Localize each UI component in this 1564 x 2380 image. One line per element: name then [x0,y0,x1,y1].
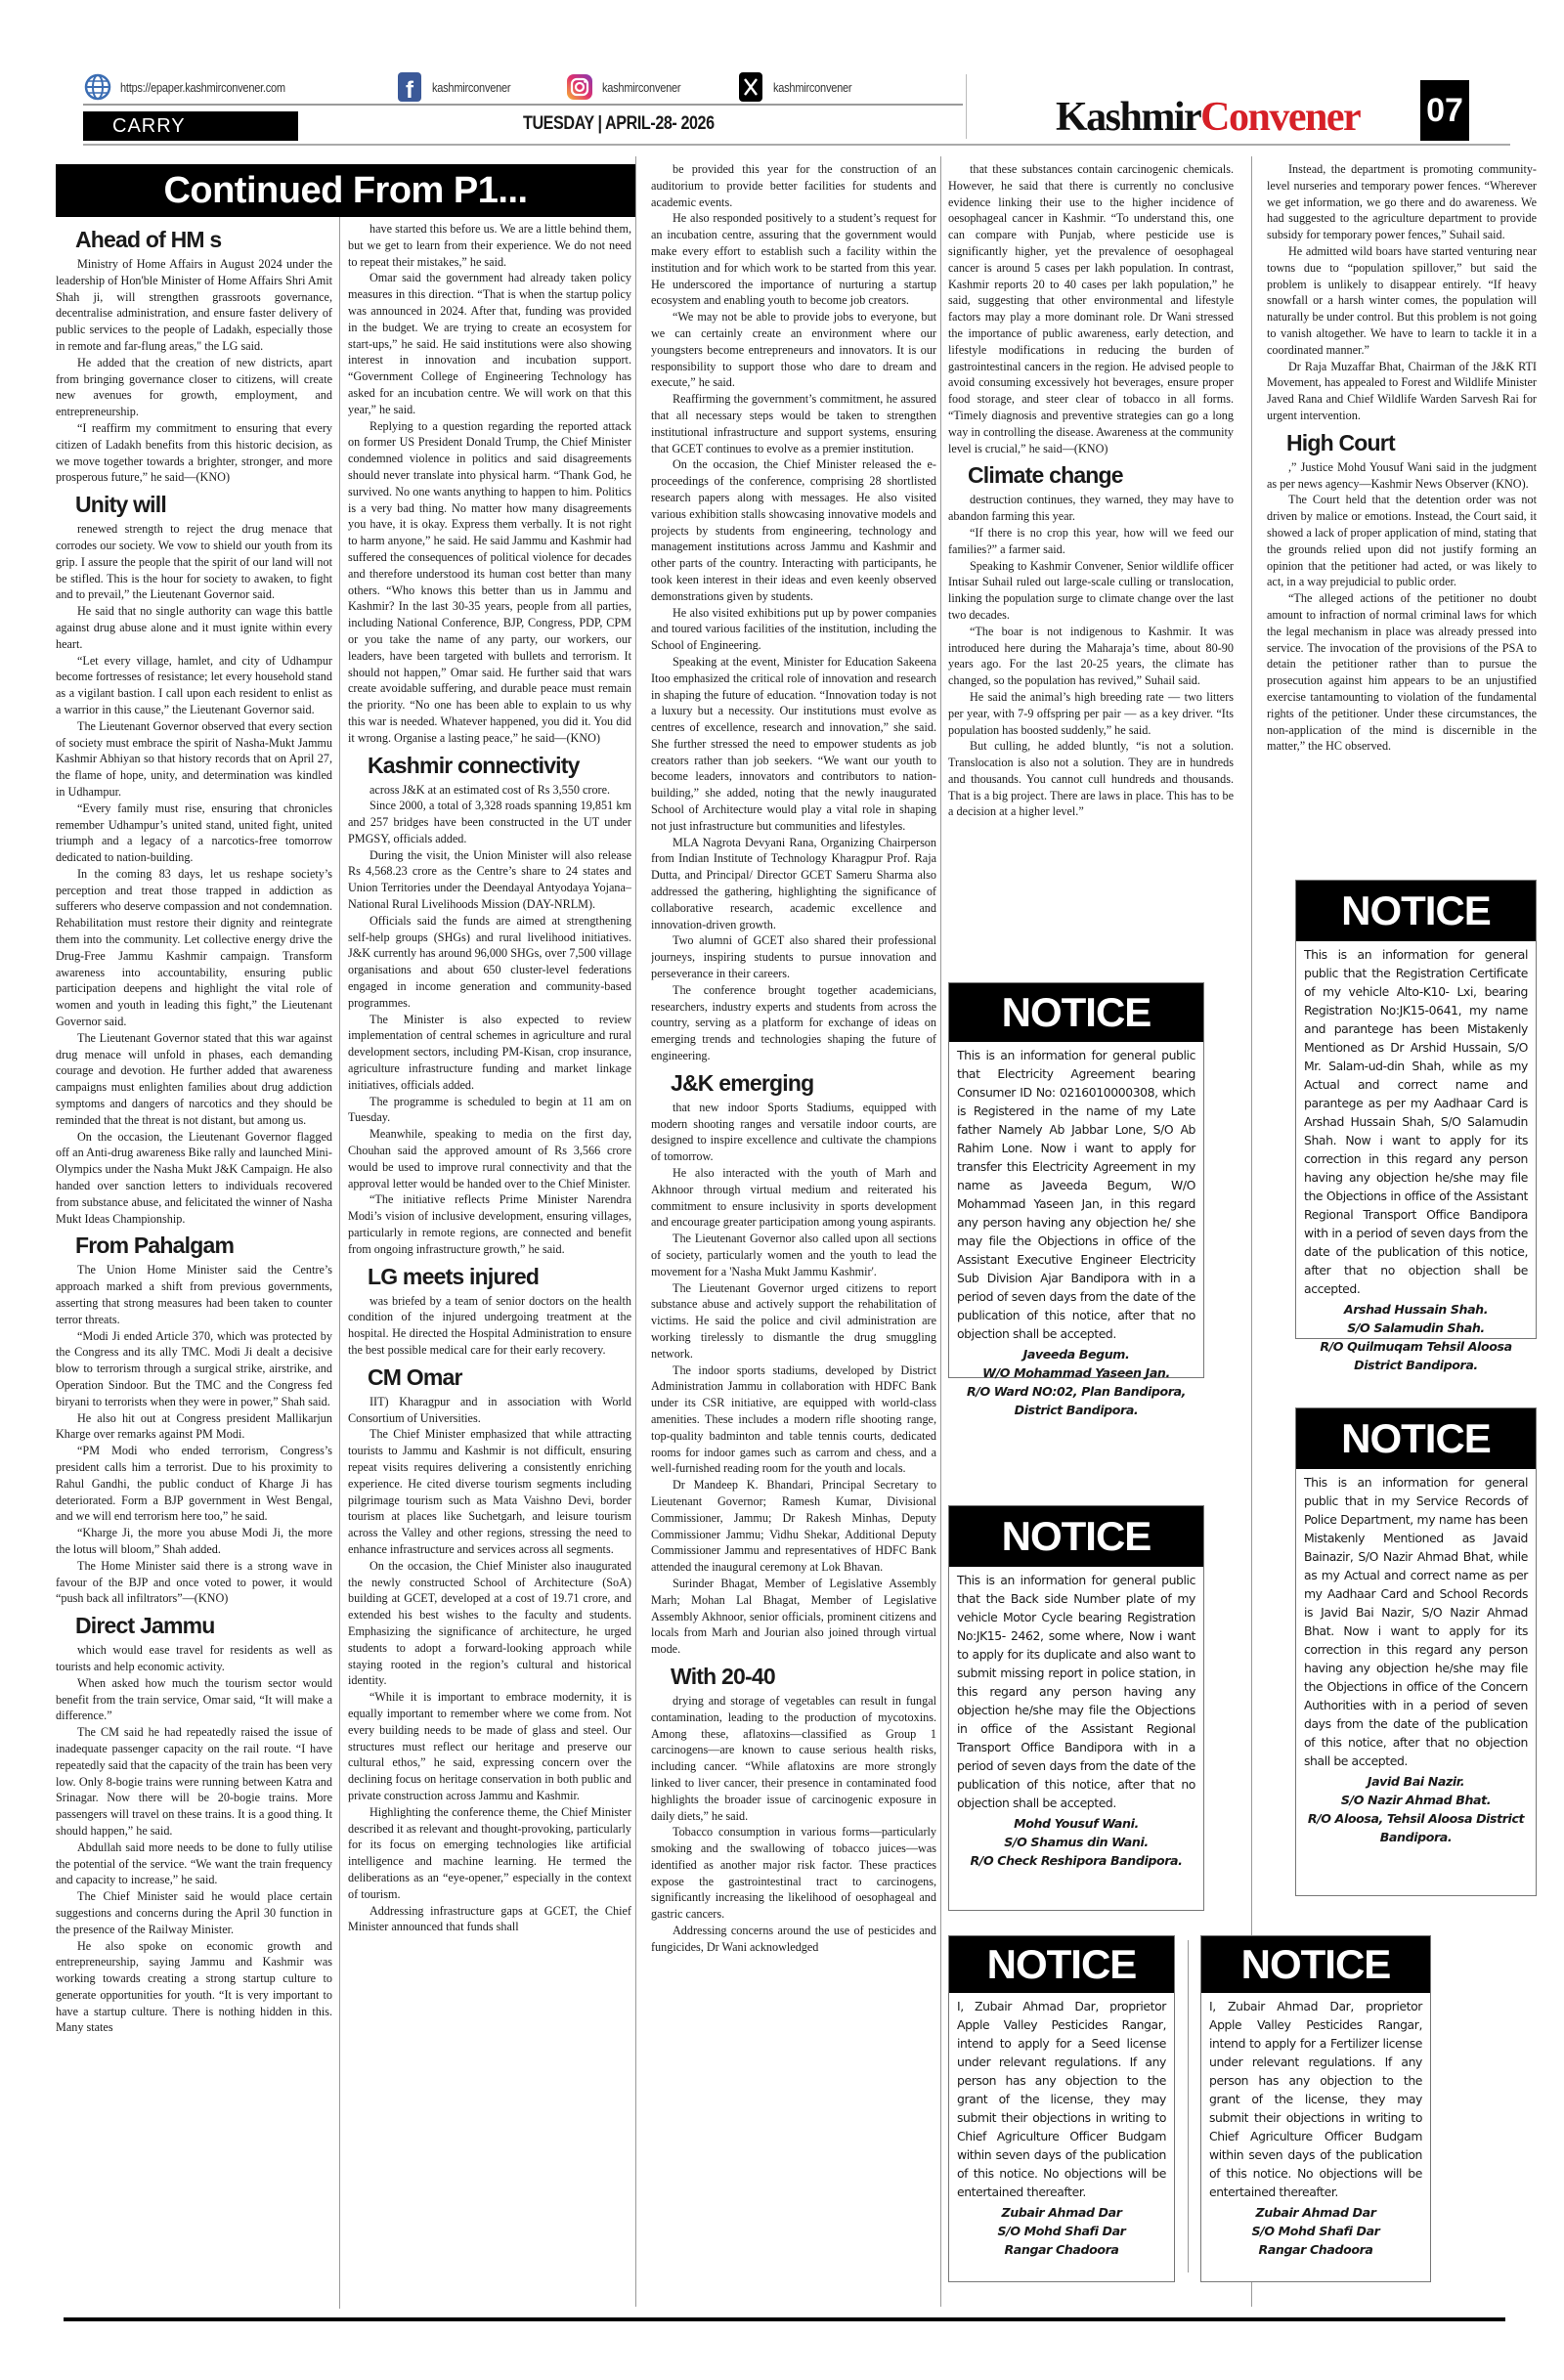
column-divider [940,156,941,2307]
article-paragraph: The Lieutenant Governor urged citizens t… [651,1280,936,1363]
continued-banner: Continued From P1... [56,164,635,217]
article-paragraph: The Home Minister said there is a strong… [56,1558,332,1607]
article-paragraph: The Union Home Minister said the Centre’… [56,1262,332,1327]
column-divider [635,156,636,2307]
article-paragraph: Dr Raja Muzaffar Bhat, Chairman of the J… [1267,359,1537,424]
notice-body: I, Zubair Ahmad Dar, proprietor Apple Va… [1201,1993,1430,2203]
signature-line: District Bandipora. [949,1401,1203,1419]
article-paragraph: ,” Justice Mohd Yousuf Wani said in the … [1267,459,1537,493]
newspaper-logo: KashmirConvener [1056,94,1360,141]
article-paragraph: Addressing infrastructure gaps at GCET, … [348,1903,631,1936]
signature-line: R/O Ward NO:02, Plan Bandipora, [949,1382,1203,1401]
article-paragraph: He said that no single authority can wag… [56,603,332,652]
article-paragraph: across J&K at an estimated cost of Rs 3,… [348,782,631,799]
article-headline: Ahead of HM s [75,225,332,254]
article-paragraph: The Lieutenant Governor stated that this… [56,1030,332,1129]
section-bar: CARRY TUESDAY | APRIL-28- 2026 [83,111,963,143]
article-column-5: Instead, the department is promoting com… [1267,161,1537,875]
article-paragraph: He admitted wild boars have started vent… [1267,243,1537,359]
logo-convener: Convener [1200,95,1360,140]
signature-line: S/O Mohd Shafi Dar [1201,2222,1430,2240]
article-paragraph: He also hit out at Congress president Ma… [56,1410,332,1444]
article-paragraph: Highlighting the conference theme, the C… [348,1804,631,1903]
article-paragraph: Ministry of Home Affairs in August 2024 … [56,256,332,355]
notice-title: NOTICE [949,983,1203,1042]
signature-line: Mohd Yousuf Wani. [949,1814,1203,1833]
signature-line: Zubair Ahmad Dar [949,2203,1174,2222]
section-label: CARRY [83,111,298,141]
signature-line: S/O Shamus din Wani. [949,1833,1203,1851]
notice-body: This is an information for general publi… [949,1042,1203,1345]
signature-line: R/O Quilmuqam Tehsil Aloosa [1296,1337,1536,1356]
article-paragraph: be provided this year for the constructi… [651,161,936,210]
article-paragraph: which would ease travel for residents as… [56,1642,332,1675]
classified-notice-seed-license: NOTICE I, Zubair Ahmad Dar, proprietor A… [948,1935,1175,2282]
notice-divider [1188,1940,1189,2272]
article-paragraph: On the occasion, the Lieutenant Governor… [56,1129,332,1228]
article-paragraph: Since 2000, a total of 3,328 roads spann… [348,798,631,846]
article-paragraph: “While it is important to embrace modern… [348,1689,631,1804]
instagram-link[interactable]: kashmirconvener [565,70,695,104]
article-column-3: be provided this year for the constructi… [651,161,936,2307]
article-paragraph: “PM Modi who ended terrorism, Congress’s… [56,1443,332,1525]
article-headline: Direct Jammu [75,1611,332,1640]
notice-title: NOTICE [1201,1936,1430,1993]
article-paragraph: He also responded positively to a studen… [651,210,936,309]
classified-notice-vehicle-rc: NOTICE This is an information for genera… [1295,880,1537,1339]
article-paragraph: But culling, he added bluntly, “is not a… [948,738,1234,820]
article-paragraph: The Chief Minister said he would place c… [56,1888,332,1937]
article-paragraph: Addressing concerns around the use of pe… [651,1923,936,1956]
article-headline: From Pahalgam [75,1231,332,1260]
article-paragraph: In the coming 83 days, let us reshape so… [56,866,332,1030]
signature-line: Arshad Hussain Shah. [1296,1300,1536,1319]
signature-line: R/O Check Reshipora Bandipora. [949,1851,1203,1870]
article-paragraph: “Every family must rise, ensuring that c… [56,801,332,866]
article-paragraph: drying and storage of vegetables can res… [651,1693,936,1824]
notice-signature: Javid Bai Nazir.S/O Nazir Ahmad Bhat.R/O… [1296,1772,1536,1852]
article-paragraph: The programme is scheduled to begin at 1… [348,1094,631,1127]
website-link[interactable]: https://epaper.kashmirconvener.com [83,70,315,104]
article-paragraph: “Let every village, hamlet, and city of … [56,653,332,718]
article-paragraph: Two alumni of GCET also shared their pro… [651,932,936,981]
logo-kashmir: Kashmir [1056,95,1200,140]
article-paragraph: “I reaffirm my commitment to ensuring th… [56,420,332,486]
globe-icon [83,70,112,104]
classified-notice-electricity: NOTICE This is an information for genera… [948,982,1204,1378]
article-paragraph: The Court held that the detention order … [1267,492,1537,590]
article-paragraph: The Lieutenant Governor also called upon… [651,1231,936,1279]
article-paragraph: When asked how much the tourism sector w… [56,1675,332,1724]
article-paragraph: Instead, the department is promoting com… [1267,161,1537,243]
x-icon [736,70,765,104]
notice-title: NOTICE [1296,1408,1536,1469]
notice-signature: Mohd Yousuf Wani.S/O Shamus din Wani.R/O… [949,1814,1203,1876]
signature-line: Zubair Ahmad Dar [1201,2203,1430,2222]
notice-title: NOTICE [1296,881,1536,941]
notice-signature: Zubair Ahmad DarS/O Mohd Shafi DarRangar… [1201,2203,1430,2265]
article-paragraph: destruction continues, they warned, they… [948,492,1234,525]
article-paragraph: Officials said the funds are aimed at st… [348,913,631,1012]
article-paragraph: The Chief Minister emphasized that while… [348,1426,631,1557]
article-paragraph: The conference brought together academic… [651,982,936,1064]
article-headline: With 20-40 [671,1662,936,1691]
article-paragraph: He also visited exhibitions put up by po… [651,605,936,654]
article-paragraph: The CM said he had repeatedly raised the… [56,1724,332,1839]
article-paragraph: have started this before us. We are a li… [348,221,631,270]
article-paragraph: Omar said the government had already tak… [348,270,631,417]
article-paragraph: Abdullah said more needs to be done to f… [56,1839,332,1888]
signature-line: Rangar Chadoora [949,2240,1174,2259]
classified-notice-number-plate: NOTICE This is an information for genera… [948,1505,1204,1911]
article-column-4: that these substances contain carcinogen… [948,161,1234,953]
article-paragraph: The Lieutenant Governor observed that ev… [56,718,332,801]
notice-body: This is an information for general publi… [1296,941,1536,1300]
article-paragraph: “If there is no crop this year, how will… [948,525,1234,558]
article-paragraph: Speaking to Kashmir Convener, Senior wil… [948,558,1234,624]
signature-line: R/O Aloosa, Tehsil Aloosa District [1296,1809,1536,1828]
article-column-1: Ahead of HM sMinistry of Home Affairs in… [56,221,332,2303]
x-link[interactable]: kashmirconvener [736,70,866,104]
signature-line: Rangar Chadoora [1201,2240,1430,2259]
notice-body: This is an information for general publi… [1296,1469,1536,1772]
article-paragraph: He also interacted with the youth of Mar… [651,1165,936,1231]
notice-signature: Javeeda Begum.W/O Mohammad Yaseen Jan.R/… [949,1345,1203,1425]
article-paragraph: During the visit, the Union Minister wil… [348,847,631,913]
footer-rule [64,2317,1505,2321]
signature-line: S/O Salamudin Shah. [1296,1319,1536,1337]
notice-body: This is an information for general publi… [949,1567,1203,1814]
article-paragraph: Meanwhile, speaking to media on the firs… [348,1126,631,1191]
page-number: 07 [1420,80,1469,141]
notice-title: NOTICE [949,1936,1174,1993]
classified-notice-fertilizer-license: NOTICE I, Zubair Ahmad Dar, proprietor A… [1200,1935,1431,2282]
article-paragraph: that these substances contain carcinogen… [948,161,1234,456]
instagram-handle: kashmirconvener [602,80,680,95]
signature-line: S/O Mohd Shafi Dar [949,2222,1174,2240]
notice-signature: Zubair Ahmad DarS/O Mohd Shafi DarRangar… [949,2203,1174,2265]
article-paragraph: He said the animal’s high breeding rate … [948,689,1234,738]
instagram-icon [565,70,594,104]
signature-line: Bandipora. [1296,1828,1536,1846]
article-headline: CM Omar [368,1363,631,1392]
facebook-link[interactable]: f kashmirconvener [395,70,525,104]
article-paragraph: “Modi Ji ended Article 370, which was pr… [56,1328,332,1410]
classified-notice-service-record: NOTICE This is an information for genera… [1295,1407,1537,1896]
article-paragraph: that new indoor Sports Stadiums, equippe… [651,1100,936,1165]
article-paragraph: Speaking at the event, Minister for Educ… [651,654,936,835]
svg-text:f: f [406,77,414,102]
article-headline: High Court [1286,428,1537,457]
column-divider [339,217,340,2309]
article-paragraph: Tobacco consumption in various forms—par… [651,1824,936,1923]
article-paragraph: “Kharge Ji, the more you abuse Modi Ji, … [56,1525,332,1558]
masthead-rule [83,144,1510,146]
article-paragraph: “The initiative reflects Prime Minister … [348,1191,631,1257]
signature-line: W/O Mohammad Yaseen Jan. [949,1363,1203,1382]
notice-signature: Arshad Hussain Shah.S/O Salamudin Shah.R… [1296,1300,1536,1380]
signature-line: Javid Bai Nazir. [1296,1772,1536,1791]
article-headline: Kashmir connectivity [368,751,631,780]
article-headline: LG meets injured [368,1262,631,1291]
article-paragraph: “The boar is not indigenous to Kashmir. … [948,624,1234,689]
signature-line: District Bandipora. [1296,1356,1536,1374]
social-links-bar: https://epaper.kashmirconvener.com f kas… [83,70,963,106]
article-paragraph: On the occasion, the Chief Minister also… [348,1558,631,1689]
article-paragraph: renewed strength to reject the drug mena… [56,521,332,603]
article-paragraph: He also spoke on economic growth and ent… [56,1938,332,2037]
article-paragraph: Surinder Bhagat, Member of Legislative A… [651,1576,936,1658]
article-paragraph: Reaffirming the government’s commitment,… [651,391,936,456]
article-paragraph: Replying to a question regarding the rep… [348,418,631,747]
article-paragraph: “The alleged actions of the petitioner n… [1267,590,1537,755]
article-paragraph: “We may not be able to provide jobs to e… [651,309,936,391]
article-headline: Unity will [75,490,332,519]
article-paragraph: The Minister is also expected to review … [348,1012,631,1094]
article-headline: J&K emerging [671,1068,936,1098]
issue-date: TUESDAY | APRIL-28- 2026 [523,113,715,135]
article-paragraph: He added that the creation of new distri… [56,355,332,420]
notice-body: I, Zubair Ahmad Dar, proprietor Apple Va… [949,1993,1174,2203]
x-handle: kashmirconvener [773,80,851,95]
article-headline: Climate change [968,460,1234,490]
article-paragraph: Dr Mandeep K. Bhandari, Principal Secret… [651,1477,936,1576]
notice-title: NOTICE [949,1506,1203,1567]
website-url: https://epaper.kashmirconvener.com [120,80,285,95]
masthead-divider [966,74,967,139]
facebook-icon: f [395,70,424,104]
article-paragraph: was briefed by a team of senior doctors … [348,1293,631,1359]
article-paragraph: The indoor sports stadiums, developed by… [651,1363,936,1478]
article-column-2: have started this before us. We are a li… [348,221,631,2303]
signature-line: S/O Nazir Ahmad Bhat. [1296,1791,1536,1809]
article-paragraph: On the occasion, the Chief Minister rele… [651,456,936,604]
article-paragraph: MLA Nagrota Devyani Rana, Organizing Cha… [651,835,936,933]
facebook-handle: kashmirconvener [432,80,510,95]
signature-line: Javeeda Begum. [949,1345,1203,1363]
article-paragraph: IIT) Kharagpur and in association with W… [348,1394,631,1427]
